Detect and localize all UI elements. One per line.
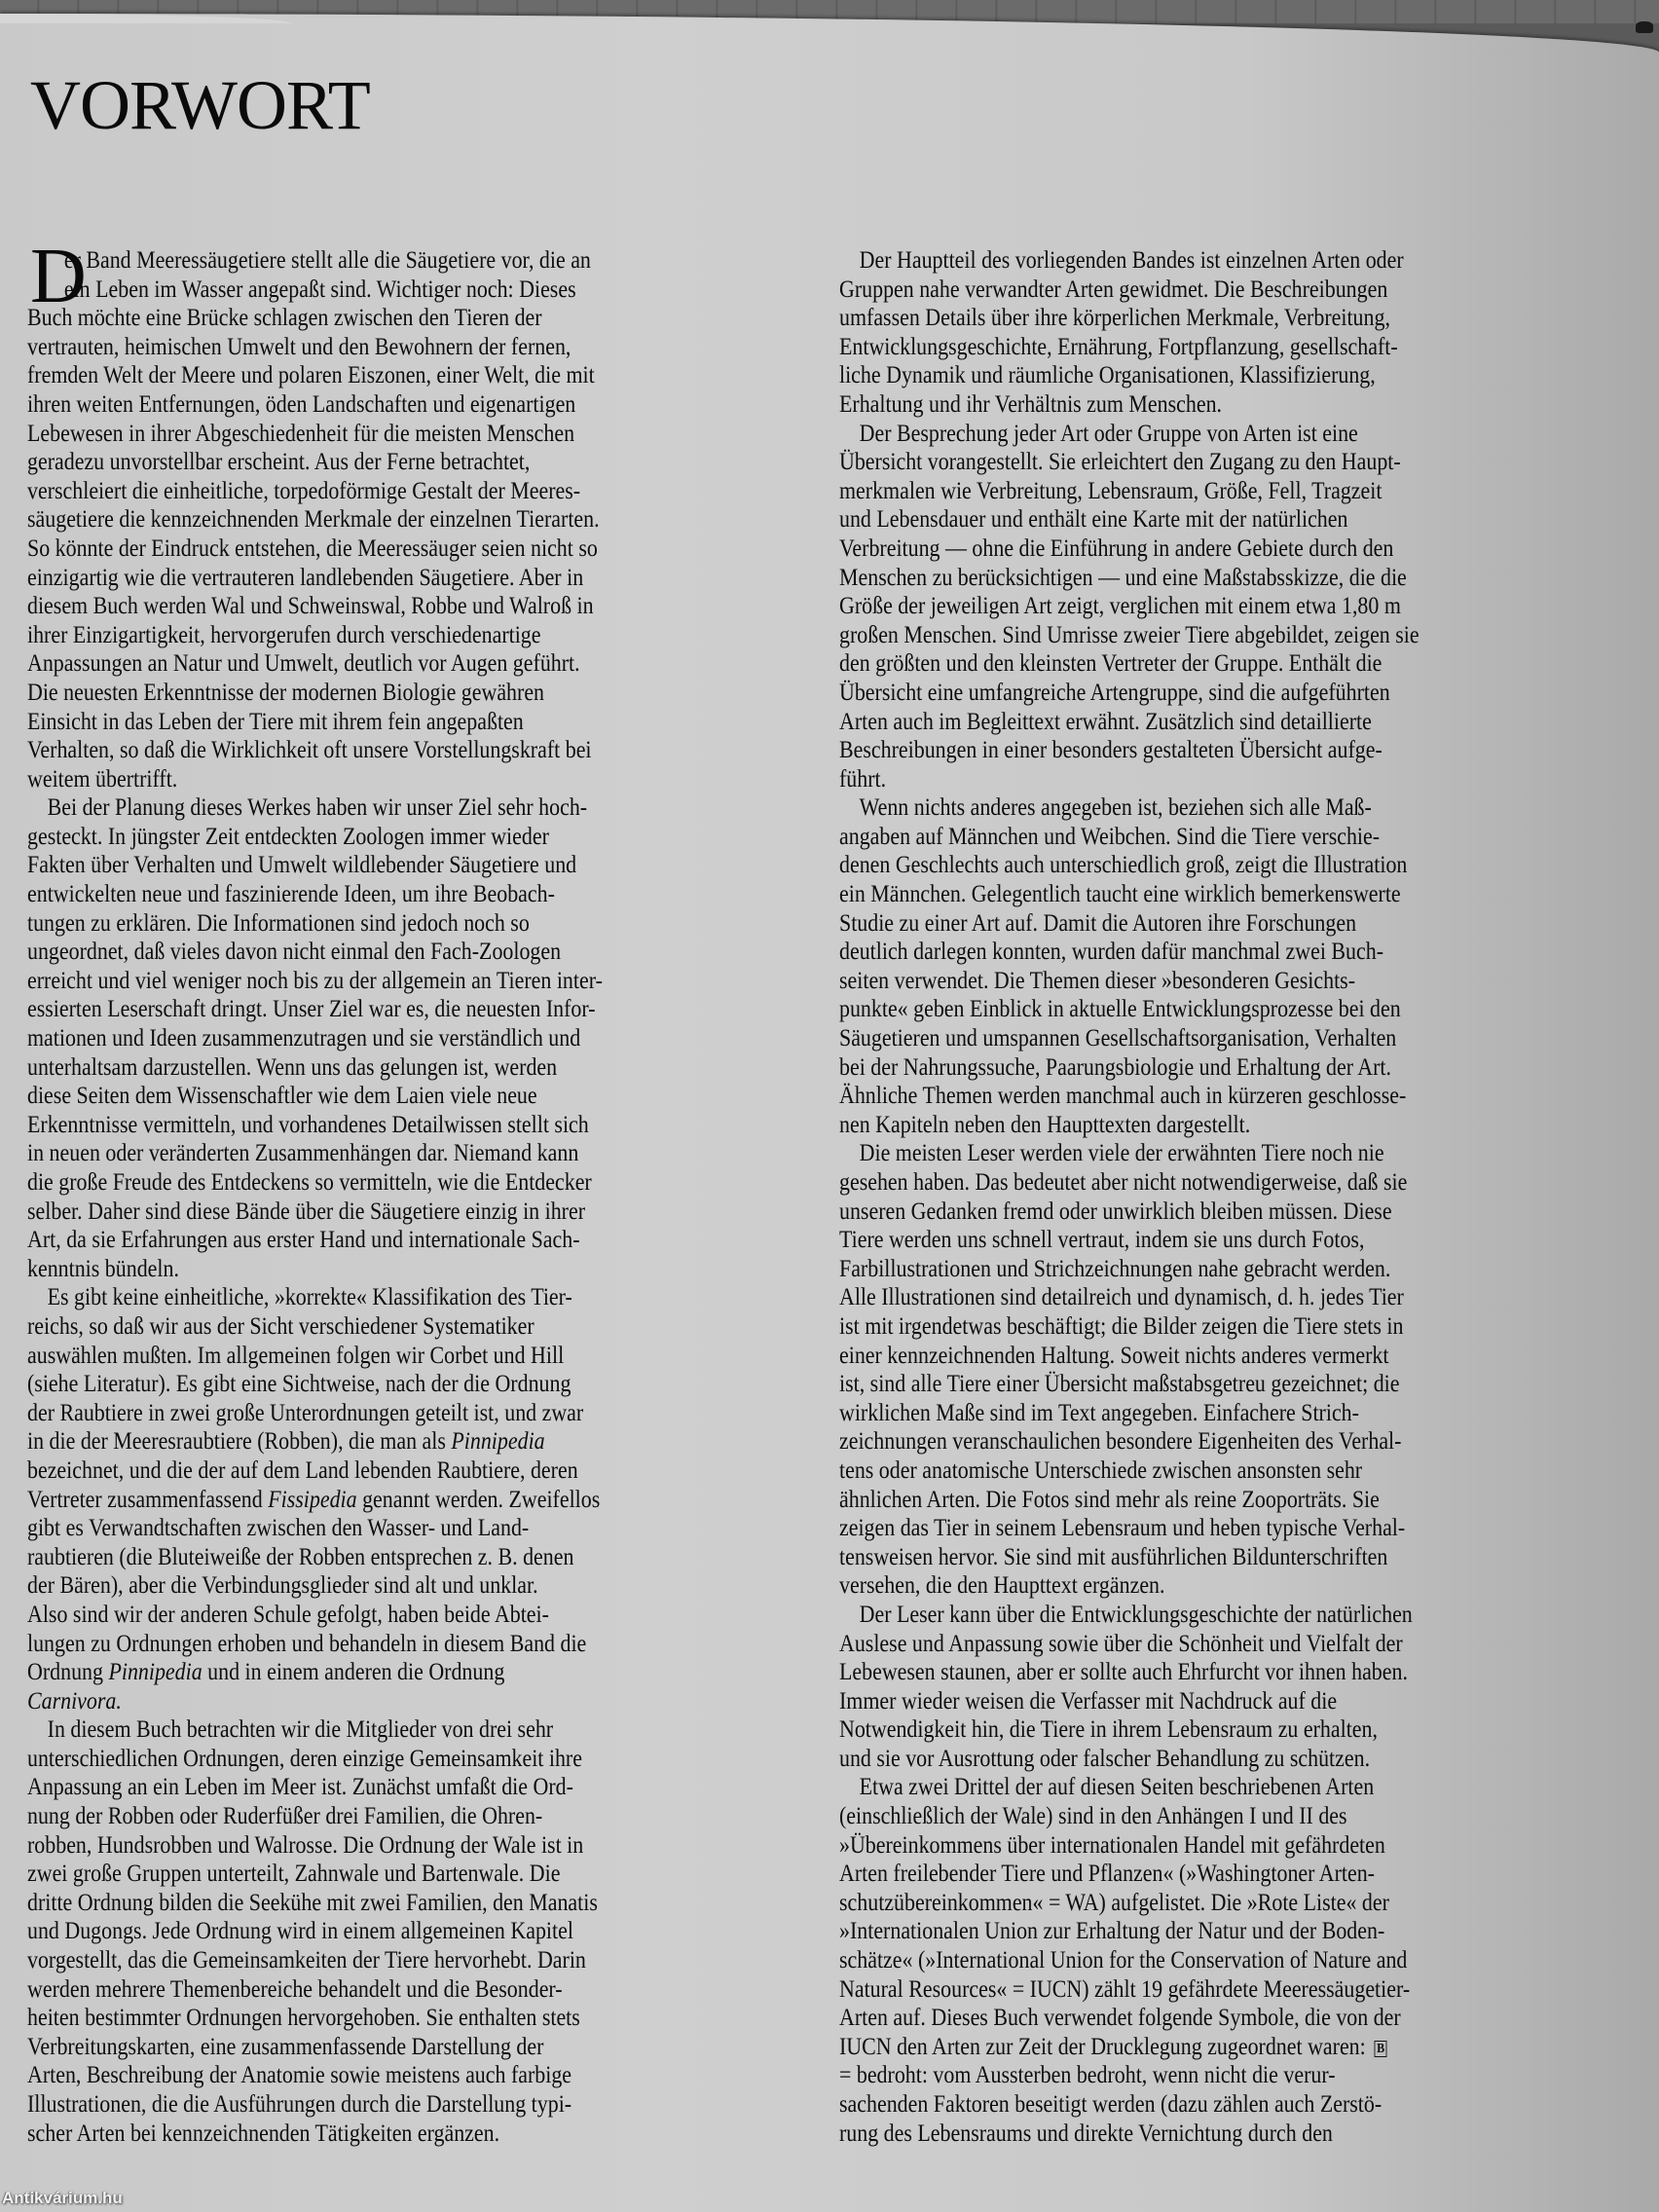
- text-line: Menschen zu berücksichtigen — und eine M…: [839, 563, 1509, 592]
- italic-term: Carnivora.: [27, 1686, 122, 1714]
- text-line: raubtieren (die Bluteiweiße der Robben e…: [27, 1542, 697, 1571]
- text-line: Gruppen nahe verwandter Arten gewidmet. …: [839, 275, 1509, 304]
- text-line: diese Seiten dem Wissenschaftler wie dem…: [27, 1081, 697, 1110]
- text-line: den größten und den kleinsten Vertreter …: [839, 648, 1509, 678]
- text-line: Ähnliche Themen werden manchmal auch in …: [839, 1081, 1509, 1110]
- text-line: die große Freude des Entdeckens so vermi…: [27, 1167, 697, 1197]
- text-line: und sie vor Ausrottung oder falscher Beh…: [839, 1744, 1509, 1773]
- text-line: umfassen Details über ihre körperlichen …: [839, 303, 1509, 332]
- text-line: Lebewesen in ihrer Abgeschiedenheit für …: [27, 419, 697, 448]
- text-line: Verbreitung — ohne die Einführung in and…: [839, 534, 1509, 563]
- text-line: »Internationalen Union zur Erhaltung der…: [839, 1916, 1509, 1945]
- text-line: Erhaltung und ihr Verhältnis zum Mensche…: [839, 389, 1509, 419]
- text-line: IUCN den Arten zur Zeit der Drucklegung …: [839, 2032, 1509, 2061]
- text-line: seiten verwendet. Die Themen dieser »bes…: [839, 966, 1509, 995]
- text-line: Größe der jeweiligen Art zeigt, verglich…: [839, 591, 1509, 620]
- text-line: vorgestellt, das die Gemeinsamkeiten der…: [27, 1945, 697, 1974]
- text-line: tens oder anatomische Unterschiede zwisc…: [839, 1456, 1509, 1485]
- text-line: Der Hauptteil des vorliegenden Bandes is…: [839, 245, 1509, 275]
- text-line: verschleiert die einheitliche, torpedofö…: [27, 476, 697, 505]
- text-line: Lebewesen staunen, aber er sollte auch E…: [839, 1657, 1509, 1686]
- paragraph: Der Besprechung jeder Art oder Gruppe vo…: [839, 419, 1618, 793]
- italic-term: Pinnipedia: [108, 1657, 202, 1685]
- text-line: Verhalten, so daß die Wirklichkeit oft u…: [27, 735, 697, 764]
- text-line: Auslese und Anpassung sowie über die Sch…: [839, 1629, 1509, 1658]
- text-line: Illustrationen, die die Ausführungen dur…: [27, 2089, 697, 2119]
- text-line: nen Kapiteln neben den Haupttexten darge…: [839, 1110, 1509, 1139]
- text-line: einzigartig wie die vertrauteren landleb…: [27, 563, 697, 592]
- text-line: auswählen mußten. Im allgemeinen folgen …: [27, 1341, 697, 1370]
- text-line: ähnlichen Arten. Die Fotos sind mehr als…: [839, 1485, 1509, 1514]
- text-line: Arten auch im Begleittext erwähnt. Zusät…: [839, 707, 1509, 736]
- text-line: rung des Lebensraums und direkte Vernich…: [839, 2119, 1509, 2148]
- text-line: ist mit irgendetwas beschäftigt; die Bil…: [839, 1311, 1509, 1341]
- text-line: zwei große Gruppen unterteilt, Zahnwale …: [27, 1859, 697, 1888]
- text-line: punkte« geben Einblick in aktuelle Entwi…: [839, 994, 1509, 1023]
- text-line: Der Leser kann über die Entwicklungsgesc…: [839, 1600, 1509, 1629]
- text-line: zeigen das Tier in seinem Lebensraum und…: [839, 1513, 1509, 1542]
- text-line: So könnte der Eindruck entstehen, die Me…: [27, 534, 697, 563]
- text-line: liche Dynamik und räumliche Organisation…: [839, 360, 1509, 389]
- iucn-endangered-symbol-icon: B: [1375, 2041, 1387, 2057]
- text-line: und Dugongs. Jede Ordnung wird in einem …: [27, 1916, 697, 1945]
- text-line: säugetiere die kennzeichnenden Merkmale …: [27, 504, 697, 534]
- text-line: kenntnis bündeln.: [27, 1254, 697, 1283]
- text-line: bei der Nahrungssuche, Paarungsbiologie …: [839, 1052, 1509, 1082]
- text-line: zeichnungen veranschaulichen besondere E…: [839, 1426, 1509, 1456]
- text-line: ein Männchen. Gelegentlich taucht eine w…: [839, 879, 1509, 908]
- text-line: ihrer Einzigartigkeit, hervorgerufen dur…: [27, 620, 697, 649]
- page-title: VORWORT: [30, 70, 370, 140]
- text-line: Der Besprechung jeder Art oder Gruppe vo…: [839, 419, 1509, 448]
- text-line: Entwicklungsgeschichte, Ernährung, Fortp…: [839, 332, 1509, 361]
- text-line: ungeordnet, daß vieles davon nicht einma…: [27, 937, 697, 966]
- text-line: In diesem Buch betrachten wir die Mitgli…: [27, 1714, 697, 1744]
- text-line: ihren weiten Entfernungen, öden Landscha…: [27, 389, 697, 419]
- text-line: Anpassungen an Natur und Umwelt, deutlic…: [27, 648, 697, 678]
- text-line: unseren Gedanken fremd oder unwirklich b…: [839, 1197, 1509, 1226]
- text-line: entwickelten neue und faszinierende Idee…: [27, 879, 697, 908]
- text-line: Carnivora.: [27, 1686, 697, 1715]
- paragraph: Bei der Planung dieses Werkes haben wir …: [27, 793, 806, 1282]
- text-line: führt.: [839, 764, 1509, 793]
- text-line: Anpassung an ein Leben im Meer ist. Zunä…: [27, 1772, 697, 1801]
- text-line: ein Leben im Wasser angepaßt sind. Wicht…: [27, 275, 697, 304]
- drop-cap: D: [30, 238, 87, 315]
- text-line: Verbreitungskarten, eine zusammenfassend…: [27, 2032, 697, 2061]
- paragraph: In diesem Buch betrachten wir die Mitgli…: [27, 1714, 806, 2147]
- text-line: fremden Welt der Meere und polaren Eiszo…: [27, 360, 697, 389]
- text-line: bezeichnet, und die der auf dem Land leb…: [27, 1456, 697, 1485]
- text-line: Studie zu einer Art auf. Damit die Autor…: [839, 908, 1509, 938]
- text-line: tensweisen hervor. Sie sind mit ausführl…: [839, 1542, 1509, 1571]
- text-line: essierten Leserschaft dringt. Unser Ziel…: [27, 994, 697, 1023]
- text-line: dritte Ordnung bilden die Seekühe mit zw…: [27, 1888, 697, 1917]
- text-line: Arten freilebender Tiere und Pflanzen« (…: [839, 1859, 1509, 1888]
- text-line: Es gibt keine einheitliche, »korrekte« K…: [27, 1282, 697, 1311]
- text-line: reichs, so daß wir aus der Sicht verschi…: [27, 1311, 697, 1341]
- text-line: vertrauten, heimischen Umwelt und den Be…: [27, 332, 697, 361]
- text-line: Tiere werden uns schnell vertraut, indem…: [839, 1225, 1509, 1254]
- text-line: einer kennzeichnenden Haltung. Soweit ni…: [839, 1341, 1509, 1370]
- text-line: Buch möchte eine Brücke schlagen zwische…: [27, 303, 697, 332]
- text-line: Farbillustrationen und Strichzeichnungen…: [839, 1254, 1509, 1283]
- text-line: angaben auf Männchen und Weibchen. Sind …: [839, 822, 1509, 851]
- paragraph: Der Leser kann über die Entwicklungsgesc…: [839, 1600, 1618, 1773]
- left-column: er Band Meeressäugetiere stellt alle die…: [27, 245, 806, 2147]
- corner-mark: [1636, 21, 1653, 33]
- paragraph: Es gibt keine einheitliche, »korrekte« K…: [27, 1282, 806, 1714]
- text-line: mationen und Ideen zusammenzutragen und …: [27, 1023, 697, 1052]
- text-line: heiten bestimmter Ordnungen hervorgehobe…: [27, 2003, 697, 2032]
- text-line: er Band Meeressäugetiere stellt alle die…: [27, 245, 697, 275]
- text-line: Ordnung Pinnipedia und in einem anderen …: [27, 1657, 697, 1686]
- text-line: Natural Resources« = IUCN) zählt 19 gefä…: [839, 1974, 1509, 2004]
- text-line: geradezu unvorstellbar erscheint. Aus de…: [27, 447, 697, 476]
- text-line: deutlich darlegen konnten, wurden dafür …: [839, 937, 1509, 966]
- text-line: weitem übertrifft.: [27, 764, 697, 793]
- text-line: »Übereinkommens über internationalen Han…: [839, 1830, 1509, 1860]
- text-line: (einschließlich der Wale) sind in den An…: [839, 1801, 1509, 1830]
- text-line: in neuen oder veränderten Zusammenhängen…: [27, 1138, 697, 1167]
- text-line: Säugetieren und umspannen Gesellschaftso…: [839, 1023, 1509, 1052]
- text-line: der Raubtiere in zwei große Unterordnung…: [27, 1398, 697, 1427]
- text-line: scher Arten bei kennzeichnenden Tätigkei…: [27, 2119, 697, 2148]
- text-line: ist, sind alle Tiere einer Übersicht maß…: [839, 1369, 1509, 1398]
- text-line: Übersicht vorangestellt. Sie erleichtert…: [839, 447, 1509, 476]
- text-line: robben, Hundsrobben und Walrosse. Die Or…: [27, 1830, 697, 1860]
- text-line: Arten auf. Dieses Buch verwendet folgend…: [839, 2003, 1509, 2032]
- text-line: Die meisten Leser werden viele der erwäh…: [839, 1138, 1509, 1167]
- text-line: Alle Illustrationen sind detailreich und…: [839, 1282, 1509, 1311]
- text-line: schutzübereinkommen« = WA) aufgelistet. …: [839, 1888, 1509, 1917]
- text-line: gesteckt. In jüngster Zeit entdeckten Zo…: [27, 822, 697, 851]
- italic-term: Fissipedia: [268, 1485, 356, 1513]
- text-line: lungen zu Ordnungen erhoben und behandel…: [27, 1629, 697, 1658]
- text-line: Wenn nichts anderes angegeben ist, bezie…: [839, 793, 1509, 822]
- text-line: und Lebensdauer und enthält eine Karte m…: [839, 504, 1509, 534]
- text-line: unterhaltsam darzustellen. Wenn uns das …: [27, 1052, 697, 1082]
- italic-term: Pinnipedia: [451, 1426, 544, 1455]
- text-line: = bedroht: vom Aussterben bedroht, wenn …: [839, 2060, 1509, 2089]
- text-line: diesem Buch werden Wal und Schweinswal, …: [27, 591, 697, 620]
- text-line: merkmalen wie Verbreitung, Lebensraum, G…: [839, 476, 1509, 505]
- text-line: erreicht und viel weniger noch bis zu de…: [27, 966, 697, 995]
- text-line: Einsicht in das Leben der Tiere mit ihre…: [27, 707, 697, 736]
- text-line: tungen zu erklären. Die Informationen si…: [27, 908, 697, 938]
- text-line: in die der Meeresraubtiere (Robben), die…: [27, 1426, 697, 1456]
- text-line: versehen, die den Haupttext ergänzen.: [839, 1570, 1509, 1600]
- text-line: Übersicht eine umfangreiche Artengruppe,…: [839, 678, 1509, 707]
- paragraph: er Band Meeressäugetiere stellt alle die…: [27, 245, 806, 793]
- paragraph: Wenn nichts anderes angegeben ist, bezie…: [839, 793, 1618, 1138]
- paragraph: Etwa zwei Drittel der auf diesen Seiten …: [839, 1772, 1618, 2147]
- text-line: Art, da sie Erfahrungen aus erster Hand …: [27, 1225, 697, 1254]
- text-line: Immer wieder weisen die Verfasser mit Na…: [839, 1686, 1509, 1715]
- text-line: nung der Robben oder Ruderfüßer drei Fam…: [27, 1801, 697, 1830]
- text-line: Die neuesten Erkenntnisse der modernen B…: [27, 678, 697, 707]
- text-line: Arten, Beschreibung der Anatomie sowie m…: [27, 2060, 697, 2089]
- text-line: sachenden Faktoren beseitigt werden (daz…: [839, 2089, 1509, 2119]
- text-line: Beschreibungen in einer besonders gestal…: [839, 735, 1509, 764]
- right-column: Der Hauptteil des vorliegenden Bandes is…: [839, 245, 1618, 2147]
- text-line: denen Geschlechts auch unterschiedlich g…: [839, 850, 1509, 879]
- text-line: Etwa zwei Drittel der auf diesen Seiten …: [839, 1772, 1509, 1801]
- text-line: werden mehrere Themenbereiche behandelt …: [27, 1974, 697, 2004]
- text-line: schätze« (»International Union for the C…: [839, 1945, 1509, 1974]
- watermark: Antikvárium.hu: [2, 2189, 123, 2208]
- text-line: wirklichen Maße sind im Text angegeben. …: [839, 1398, 1509, 1427]
- text-line: Fakten über Verhalten und Umwelt wildleb…: [27, 850, 697, 879]
- paragraph: Die meisten Leser werden viele der erwäh…: [839, 1138, 1618, 1600]
- text-line: selber. Daher sind diese Bände über die …: [27, 1197, 697, 1226]
- text-line: Notwendigkeit hin, die Tiere in ihrem Le…: [839, 1714, 1509, 1744]
- text-line: unterschiedlichen Ordnungen, deren einzi…: [27, 1744, 697, 1773]
- text-line: Vertreter zusammenfassend Fissipedia gen…: [27, 1485, 697, 1514]
- text-line: großen Menschen. Sind Umrisse zweier Tie…: [839, 620, 1509, 649]
- text-line: gesehen haben. Das bedeutet aber nicht n…: [839, 1167, 1509, 1197]
- text-line: Bei der Planung dieses Werkes haben wir …: [27, 793, 697, 822]
- text-line: Also sind wir der anderen Schule gefolgt…: [27, 1600, 697, 1629]
- paragraph: Der Hauptteil des vorliegenden Bandes is…: [839, 245, 1618, 419]
- text-line: der Bären), aber die Verbindungsglieder …: [27, 1570, 697, 1600]
- text-line: gibt es Verwandtschaften zwischen den Wa…: [27, 1513, 697, 1542]
- text-line: Erkenntnisse vermitteln, und vorhandenes…: [27, 1110, 697, 1139]
- text-line: (siehe Literatur). Es gibt eine Sichtwei…: [27, 1369, 697, 1398]
